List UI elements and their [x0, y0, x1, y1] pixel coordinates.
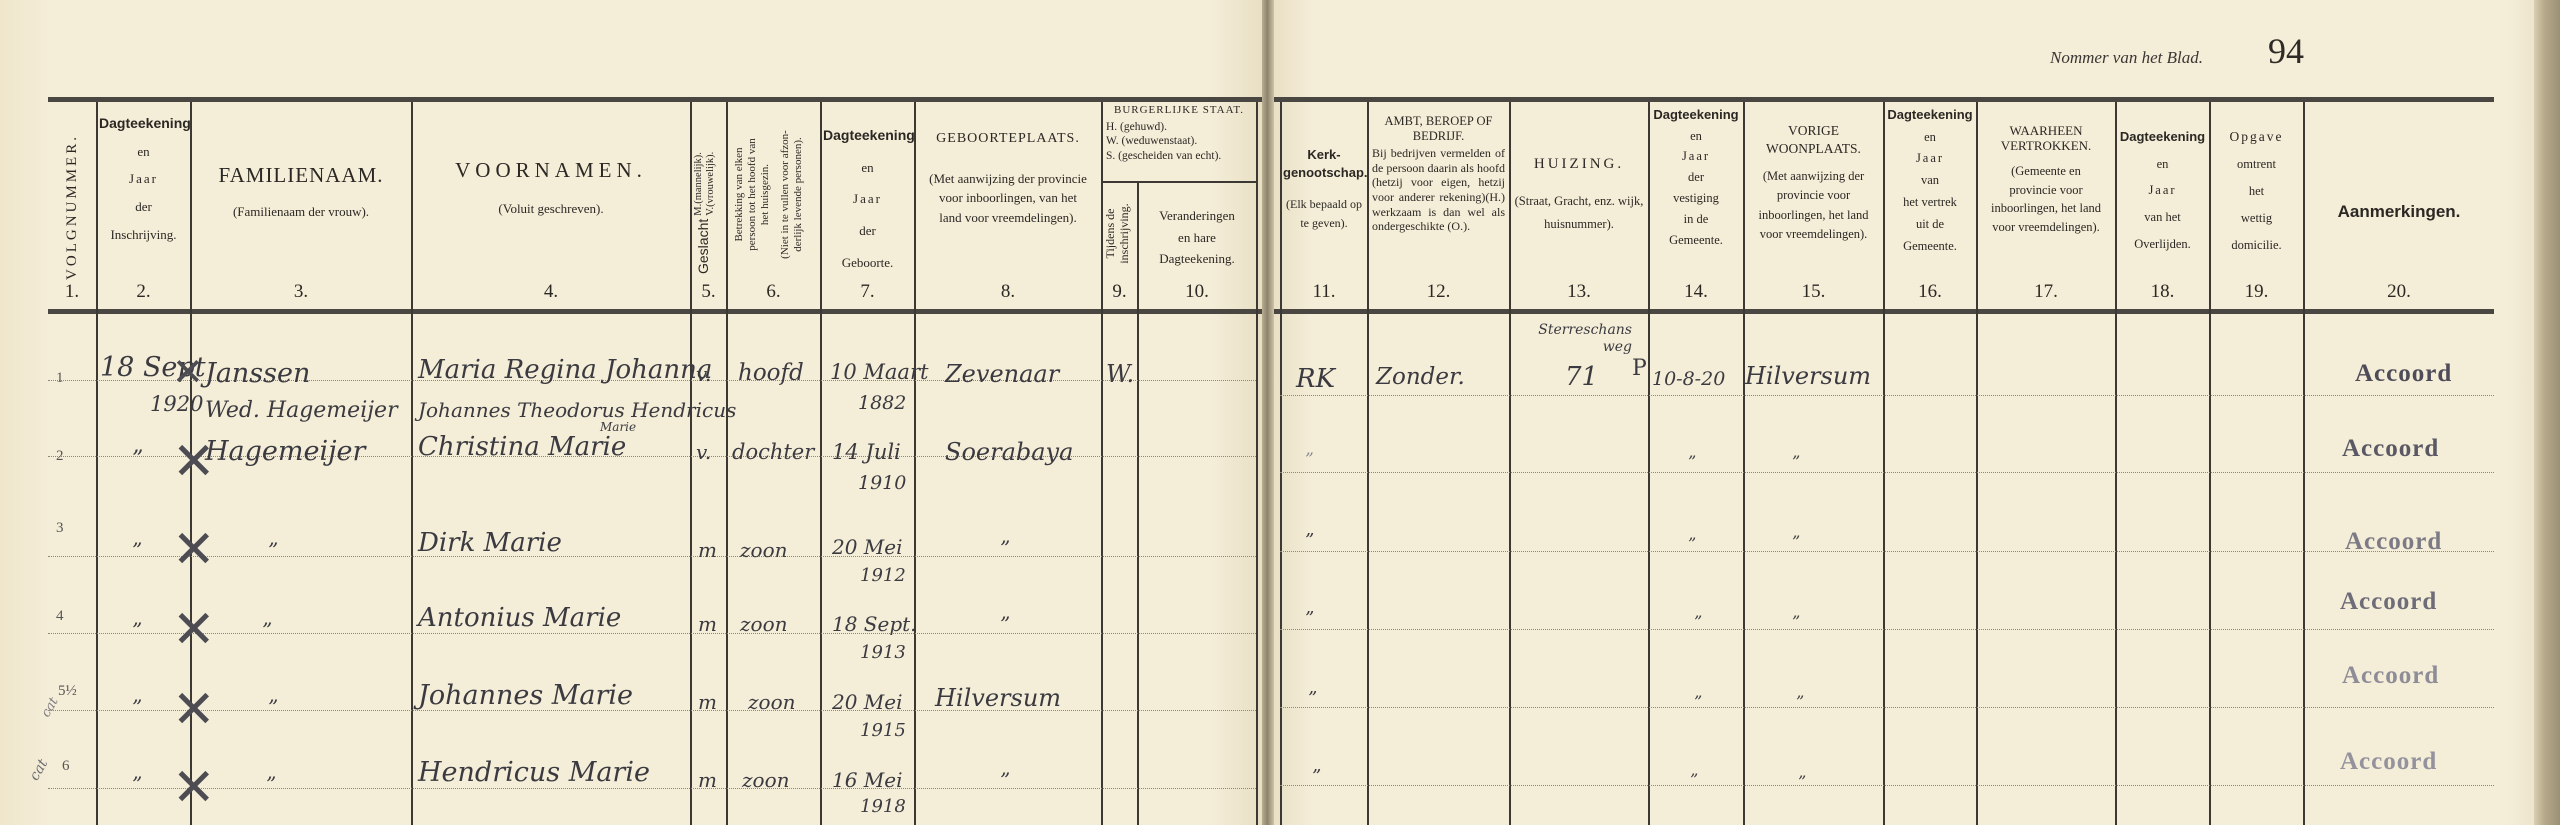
header-geslacht: Geslacht M.(mannelijk). V.(vrouwelijk). … [691, 102, 726, 309]
header-line: Gemeente. [1886, 238, 1974, 255]
header-line: Geboorte. [823, 254, 912, 272]
ditto-mark: ” [1312, 766, 1321, 787]
geslacht: m [698, 690, 717, 714]
row-line [1280, 629, 2494, 630]
huizing-number: 71 [1565, 362, 1598, 392]
staat-option-w: W. (weduwenstaat). [1102, 134, 1256, 148]
ditto-mark: ” [1305, 530, 1314, 551]
page-edge [2534, 0, 2560, 825]
row-line [1280, 395, 2494, 396]
ditto-mark: ” [1688, 452, 1696, 471]
column-number: 9. [1102, 279, 1137, 305]
ditto-mark: ” [1792, 612, 1800, 631]
header-voornamen: VOORNAMEN. (Voluit geschreven). 4. [412, 102, 690, 309]
geboorteplaats: Soerabaya [945, 438, 1073, 466]
header-dagteekening-vestiging: Dagteekening en Jaar der vestiging in de… [1649, 102, 1743, 309]
header-line: Kerk- [1283, 146, 1365, 164]
row-number: 5½ [58, 683, 77, 700]
cross-mark: ✕ [172, 350, 204, 394]
header-line: wettig [2212, 210, 2301, 227]
header-dagteekening-vertrek: Dagteekening en Jaar van het vertrek uit… [1884, 102, 1976, 309]
voornamen: Johannes Marie [418, 680, 633, 711]
header-line: Dagteekening. [1140, 250, 1254, 268]
geslacht-options: M.(mannelijk). V.(vrouwelijk). [693, 152, 717, 216]
header-line: het [2212, 183, 2301, 200]
column-number: 18. [2116, 279, 2209, 305]
header-line: Betrekking van elken [733, 107, 746, 282]
geslacht-label: Geslacht [695, 219, 711, 274]
column-number: 3. [191, 279, 411, 305]
ditto-mark: ” [1305, 608, 1314, 629]
header-domicilie: Opgave omtrent het wettig domicilie. 19. [2210, 102, 2303, 309]
betrekking: dochter [732, 440, 814, 464]
header-line: Jaar [2118, 182, 2207, 199]
geboorte-dag: 16 Mei [832, 768, 903, 792]
accoord-stamp: Accoord [2345, 528, 2442, 556]
header-tijdens-inschrijving: Tijdens de inschrijving. 9. [1102, 183, 1137, 309]
column-number: 7. [821, 279, 914, 305]
header-line: vestiging [1651, 190, 1741, 207]
option-m: M.(mannelijk). [693, 152, 704, 216]
header-line: Dagteekening [1651, 106, 1741, 124]
header-title: Aanmerkingen. [2306, 201, 2492, 224]
option-v: V.(vrouwelijk). [705, 152, 716, 216]
row-line [1280, 551, 2494, 552]
header-line: Gemeente. [1651, 232, 1741, 249]
sheet-number: 94 [2268, 30, 2304, 72]
geboorte-dag: 20 Mei [832, 690, 903, 714]
header-title: AMBT, BEROEP OF BEDRIJF. [1370, 114, 1507, 144]
header-line: Jaar [1651, 148, 1741, 165]
col-divider [1256, 102, 1258, 825]
cross-mark: ✕ [172, 758, 216, 818]
row-number: 3 [56, 520, 64, 537]
geboorte-dag: 10 Maart [830, 360, 928, 384]
header-bottom-rule-left [48, 309, 1262, 314]
voornamen-struck: Johannes Theodorus Hendricus [418, 398, 736, 422]
ditto-mark: ” [1798, 772, 1806, 791]
header-subtitle: (Elk bepaald op te geven). [1283, 195, 1365, 233]
column-number: 8. [915, 279, 1101, 305]
geboorte-dag: 20 Mei [832, 535, 903, 559]
column-number: 20. [2304, 279, 2494, 305]
column-number: 10. [1138, 279, 1256, 305]
header-title: VOORNAMEN. [414, 156, 688, 184]
header-line: en [1651, 128, 1741, 145]
row-line [1280, 472, 2494, 473]
header-line: Inschrijving. [99, 226, 188, 244]
header-line: het vertrek [1886, 194, 1974, 211]
header-title: VORIGE WOONPLAATS. [1756, 122, 1871, 157]
familienaam: Hagemeijer [205, 436, 365, 467]
ditto-mark: ” [132, 538, 142, 562]
column-number: 16. [1884, 279, 1976, 305]
header-line: domicilie. [2212, 237, 2301, 254]
header-title: HUIZING. [1512, 154, 1646, 174]
geboorte-jaar: 1913 [860, 642, 906, 663]
header-dagteekening-inschrijving: Dagteekening en Jaar der Inschrijving. 2… [97, 102, 190, 309]
cross-mark: ✕ [172, 600, 216, 660]
cross-mark: ✕ [172, 520, 216, 580]
header-line: der [1651, 169, 1741, 186]
header-line: van het [2118, 209, 2207, 226]
ditto-mark: ” [262, 618, 272, 642]
row-number: 2 [56, 448, 64, 465]
header-betrekking: Betrekking van elken persoon tot het hoo… [727, 102, 820, 309]
header-aanmerkingen: Aanmerkingen. 20. [2304, 102, 2494, 309]
ditto-mark: ” [1796, 692, 1804, 711]
ditto-mark: ” [1792, 452, 1800, 471]
header-line: Dagteekening [99, 114, 188, 133]
header-line: in de [1651, 211, 1741, 228]
ditto-mark: ” [132, 447, 143, 472]
row-number: 1 [56, 370, 64, 387]
column-number: 2. [97, 279, 190, 305]
column-number: 5. [691, 279, 726, 305]
huizing-mark: P [1632, 356, 1647, 381]
column-number: 19. [2210, 279, 2303, 305]
ditto-mark: ” [1000, 612, 1010, 636]
header-line: en [823, 159, 912, 177]
ditto-mark: ” [1000, 536, 1010, 560]
voornamen: Christina Marie [418, 432, 626, 462]
header-line: en [99, 143, 188, 161]
header-title: Geslacht M.(mannelijk). V.(vrouwelijk). [693, 104, 717, 274]
header-line: en hare [1140, 229, 1254, 247]
geboorte-dag: 14 Juli [832, 440, 901, 464]
column-number: 11. [1281, 279, 1367, 305]
row-line [48, 788, 1256, 789]
kerkgenootschap: RK [1296, 364, 1335, 394]
header-subtitle: (Gemeente en provincie voor inboorlingen… [1987, 162, 2105, 237]
header-line: persoon tot het hoofd van [746, 107, 759, 282]
header-subtitle: (Met aanwijzing der provincie voor inboo… [1752, 167, 1875, 245]
row-line [48, 633, 1256, 634]
geboorte-jaar: 1910 [858, 472, 906, 494]
header-subtitle: Bij bedrijven vermelden of de persoon da… [1370, 146, 1507, 234]
ditto-mark: ” [1792, 532, 1800, 551]
header-line: inschrijving. [1118, 186, 1132, 281]
geboorteplaats: Hilversum [935, 684, 1061, 712]
inschrijving-year: 1920 [150, 392, 203, 416]
header-subtitle: (Straat, Gracht, enz. wijk, huisnummer). [1512, 190, 1646, 235]
vorige-woonplaats: Hilversum [1745, 362, 1871, 390]
header-subtitle: (Familienaam der vrouw). [193, 203, 409, 221]
header-title: WAARHEEN VERTROKKEN. [1993, 124, 2099, 154]
column-number: 4. [412, 279, 690, 305]
betrekking: zoon [740, 538, 788, 562]
accoord-stamp: Accoord [2342, 662, 2439, 690]
header-vorige-woonplaats: VORIGE WOONPLAATS. (Met aanwijzing der p… [1744, 102, 1883, 309]
header-title: BURGERLIJKE STAAT. [1102, 104, 1256, 118]
betrekking: zoon [740, 612, 788, 636]
ditto-mark: ” [132, 695, 142, 719]
ditto-mark: ” [1694, 692, 1702, 711]
header-line: uit de [1886, 216, 1974, 233]
book-spine [1262, 0, 1274, 825]
header-subtitle: (Met aanwijzing der provincie voor inboo… [927, 169, 1089, 228]
header-line: van [1886, 172, 1974, 189]
header-line: en [2118, 156, 2207, 173]
column-number: 6. [727, 279, 820, 305]
row-line [48, 556, 1256, 557]
betrekking: hoofd [738, 360, 804, 386]
header-line: genootschap. [1283, 164, 1365, 182]
header-familienaam: FAMILIENAAM. (Familienaam der vrouw). 3. [191, 102, 411, 309]
header-dagteekening-geboorte: Dagteekening en Jaar der Geboorte. 7. [821, 102, 914, 309]
column-number: 13. [1510, 279, 1648, 305]
geslacht: v. [696, 440, 711, 464]
geboorte-dag: 18 Sept. [832, 612, 917, 636]
header-title: Betrekking van elken persoon tot het hoo… [733, 107, 805, 282]
ditto-mark: ” [268, 538, 278, 562]
huizing-street: Sterreschans weg [1512, 322, 1632, 356]
header-line: het huisgezin. [759, 107, 772, 282]
burgerlijke-staat: W. [1106, 360, 1134, 388]
ditto-mark: ” [1694, 612, 1702, 631]
header-line: Dagteekening [823, 126, 912, 145]
header-burgerlijke-staat: BURGERLIJKE STAAT. H. (gehuwd). W. (wedu… [1102, 104, 1256, 180]
accoord-stamp: Accoord [2340, 748, 2437, 776]
header-title: GEBOORTEPLAATS. [917, 130, 1099, 149]
header-line: der [823, 222, 912, 240]
header-line: Tijdens de [1104, 186, 1118, 281]
cross-mark: ✕ [172, 680, 216, 740]
voornamen: Dirk Marie [418, 528, 562, 558]
header-title: FAMILIENAAM. [193, 161, 409, 189]
geslacht: m [698, 768, 717, 792]
header-subtitle: (Voluit geschreven). [414, 200, 688, 218]
row-number: 6 [62, 758, 70, 775]
betrekking: zoon [748, 690, 796, 714]
row-line [1280, 707, 2494, 708]
row-number: 4 [56, 608, 64, 625]
row-line [1280, 785, 2494, 786]
header-dagteekening-overlijden: Dagteekening en Jaar van het Overlijden.… [2116, 102, 2209, 309]
familienaam-note: Wed. Hagemeijer [205, 398, 398, 423]
ditto-mark: ” [132, 618, 142, 642]
geboorte-jaar: 1915 [860, 720, 906, 741]
header-line: Dagteekening [1886, 106, 1974, 124]
column-number: 17. [1977, 279, 2115, 305]
header-beroep: AMBT, BEROEP OF BEDRIJF. Bij bedrijven v… [1368, 102, 1509, 309]
row-line [48, 710, 1256, 711]
header-line: (Niet in te vullen voor afzon- [779, 107, 792, 282]
geslacht: m [698, 612, 717, 636]
ditto-mark: ” [1000, 768, 1010, 792]
voornamen: Antonius Marie [418, 603, 621, 633]
staat-option-h: H. (gehuwd). [1102, 120, 1256, 134]
geboorte-jaar: 1912 [860, 565, 906, 586]
header-veranderingen: Veranderingen en hare Dagteekening. 10. [1138, 183, 1256, 309]
sheet-label: Nommer van het Blad. [2050, 48, 2203, 68]
header-title: VOLGNUMMER. [62, 117, 82, 297]
ditto-mark: ” [1305, 450, 1314, 470]
column-number: 12. [1368, 279, 1509, 305]
header-waarheen-vertrokken: WAARHEEN VERTROKKEN. (Gemeente en provin… [1977, 102, 2115, 309]
betrekking: zoon [742, 768, 790, 792]
voornamen: Hendricus Marie [418, 757, 650, 788]
header-line: Opgave [2212, 128, 2301, 146]
ditto-mark: ” [1690, 770, 1698, 789]
ditto-mark: ” [266, 772, 276, 796]
column-number: 1. [48, 279, 96, 305]
column-number: 15. [1744, 279, 1883, 305]
geslacht: v. [696, 362, 711, 386]
header-line: Veranderingen [1140, 207, 1254, 225]
ditto-mark: ” [132, 772, 142, 796]
geboorteplaats: Zevenaar [945, 360, 1059, 388]
header-line: Overlijden. [2118, 236, 2207, 253]
vestiging-date: 10-8-20 [1652, 368, 1725, 390]
header-kerkgenootschap: Kerk- genootschap. (Elk bepaald op te ge… [1281, 102, 1367, 309]
accoord-stamp: Accoord [2342, 435, 2439, 463]
ditto-mark: ” [1308, 688, 1317, 709]
voornamen: Maria Regina Johanna [418, 355, 712, 385]
accoord-stamp: Accoord [2355, 360, 2452, 388]
header-volgnummer: VOLGNUMMER. 1. [48, 102, 96, 309]
header-line: omtrent [2212, 156, 2301, 173]
header-line: Jaar [99, 170, 188, 188]
geslacht: m [698, 538, 717, 562]
column-number: 14. [1649, 279, 1743, 305]
header-line: en [1886, 129, 1974, 146]
geboorte-jaar: 1882 [858, 392, 906, 414]
beroep: Zonder. [1376, 364, 1465, 390]
header-line: derlijk levende personen). [792, 107, 805, 282]
header-geboorteplaats: GEBOORTEPLAATS. (Met aanwijzing der prov… [915, 102, 1101, 309]
geboorte-jaar: 1918 [860, 796, 906, 817]
header-huizing: HUIZING. (Straat, Gracht, enz. wijk, hui… [1510, 102, 1648, 309]
familienaam: Janssen [205, 358, 310, 389]
staat-option-s: S. (gescheiden van echt). [1102, 149, 1256, 163]
ditto-mark: ” [268, 695, 278, 719]
header-line: Jaar [823, 190, 912, 208]
accoord-stamp: Accoord [2340, 588, 2437, 616]
ditto-mark: ” [1688, 534, 1696, 553]
header-line: Dagteekening [2118, 128, 2207, 146]
header-title: Tijdens de inschrijving. [1104, 186, 1132, 281]
header-line: der [99, 198, 188, 216]
header-line: Jaar [1886, 150, 1974, 167]
